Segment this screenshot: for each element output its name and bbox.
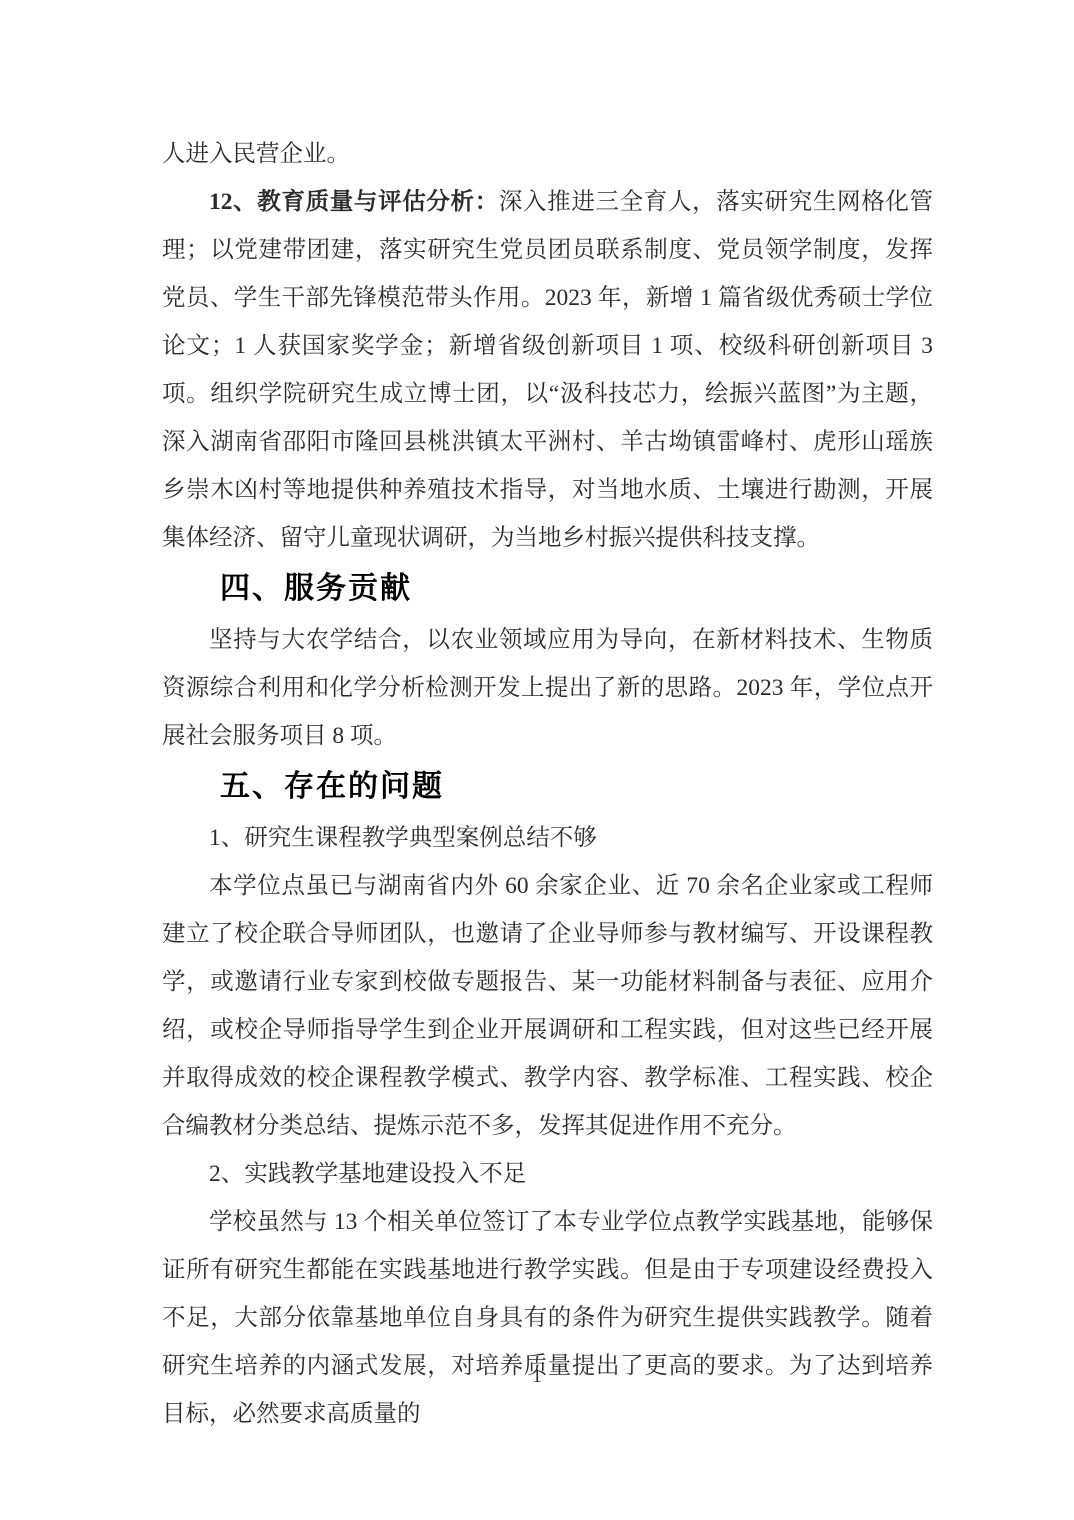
issue-2-title: 2、实践教学基地建设投入不足 bbox=[162, 1150, 933, 1198]
section-heading-5: 五、存在的问题 bbox=[162, 760, 933, 814]
issue-2-body: 学校虽然与 13 个相关单位签订了本专业学位点教学实践基地，能够保证所有研究生都… bbox=[162, 1198, 933, 1438]
document-page: 人进入民营企业。 12、教育质量与评估分析：深入推进三全育人，落实研究生网格化管… bbox=[0, 0, 1074, 1520]
item-12-bold-label: 12、教育质量与评估分析： bbox=[209, 189, 499, 215]
section-heading-4: 四、服务贡献 bbox=[162, 562, 933, 616]
page-number: 1 bbox=[0, 1366, 1074, 1388]
item-12-text: 深入推进三全育人，落实研究生网格化管理；以党建带团建，落实研究生党员团员联系制度… bbox=[162, 189, 933, 551]
continuation-paragraph: 人进入民营企业。 bbox=[162, 130, 933, 178]
section-4-paragraph: 坚持与大农学结合，以农业领域应用为导向，在新材料技术、生物质资源综合利用和化学分… bbox=[162, 616, 933, 760]
issue-1-body: 本学位点虽已与湖南省内外 60 余家企业、近 70 余名企业家或工程师建立了校企… bbox=[162, 862, 933, 1150]
issue-1-title: 1、研究生课程教学典型案例总结不够 bbox=[162, 814, 933, 862]
numbered-item-12: 12、教育质量与评估分析：深入推进三全育人，落实研究生网格化管理；以党建带团建，… bbox=[162, 178, 933, 562]
document-body: 人进入民营企业。 12、教育质量与评估分析：深入推进三全育人，落实研究生网格化管… bbox=[162, 130, 933, 1438]
